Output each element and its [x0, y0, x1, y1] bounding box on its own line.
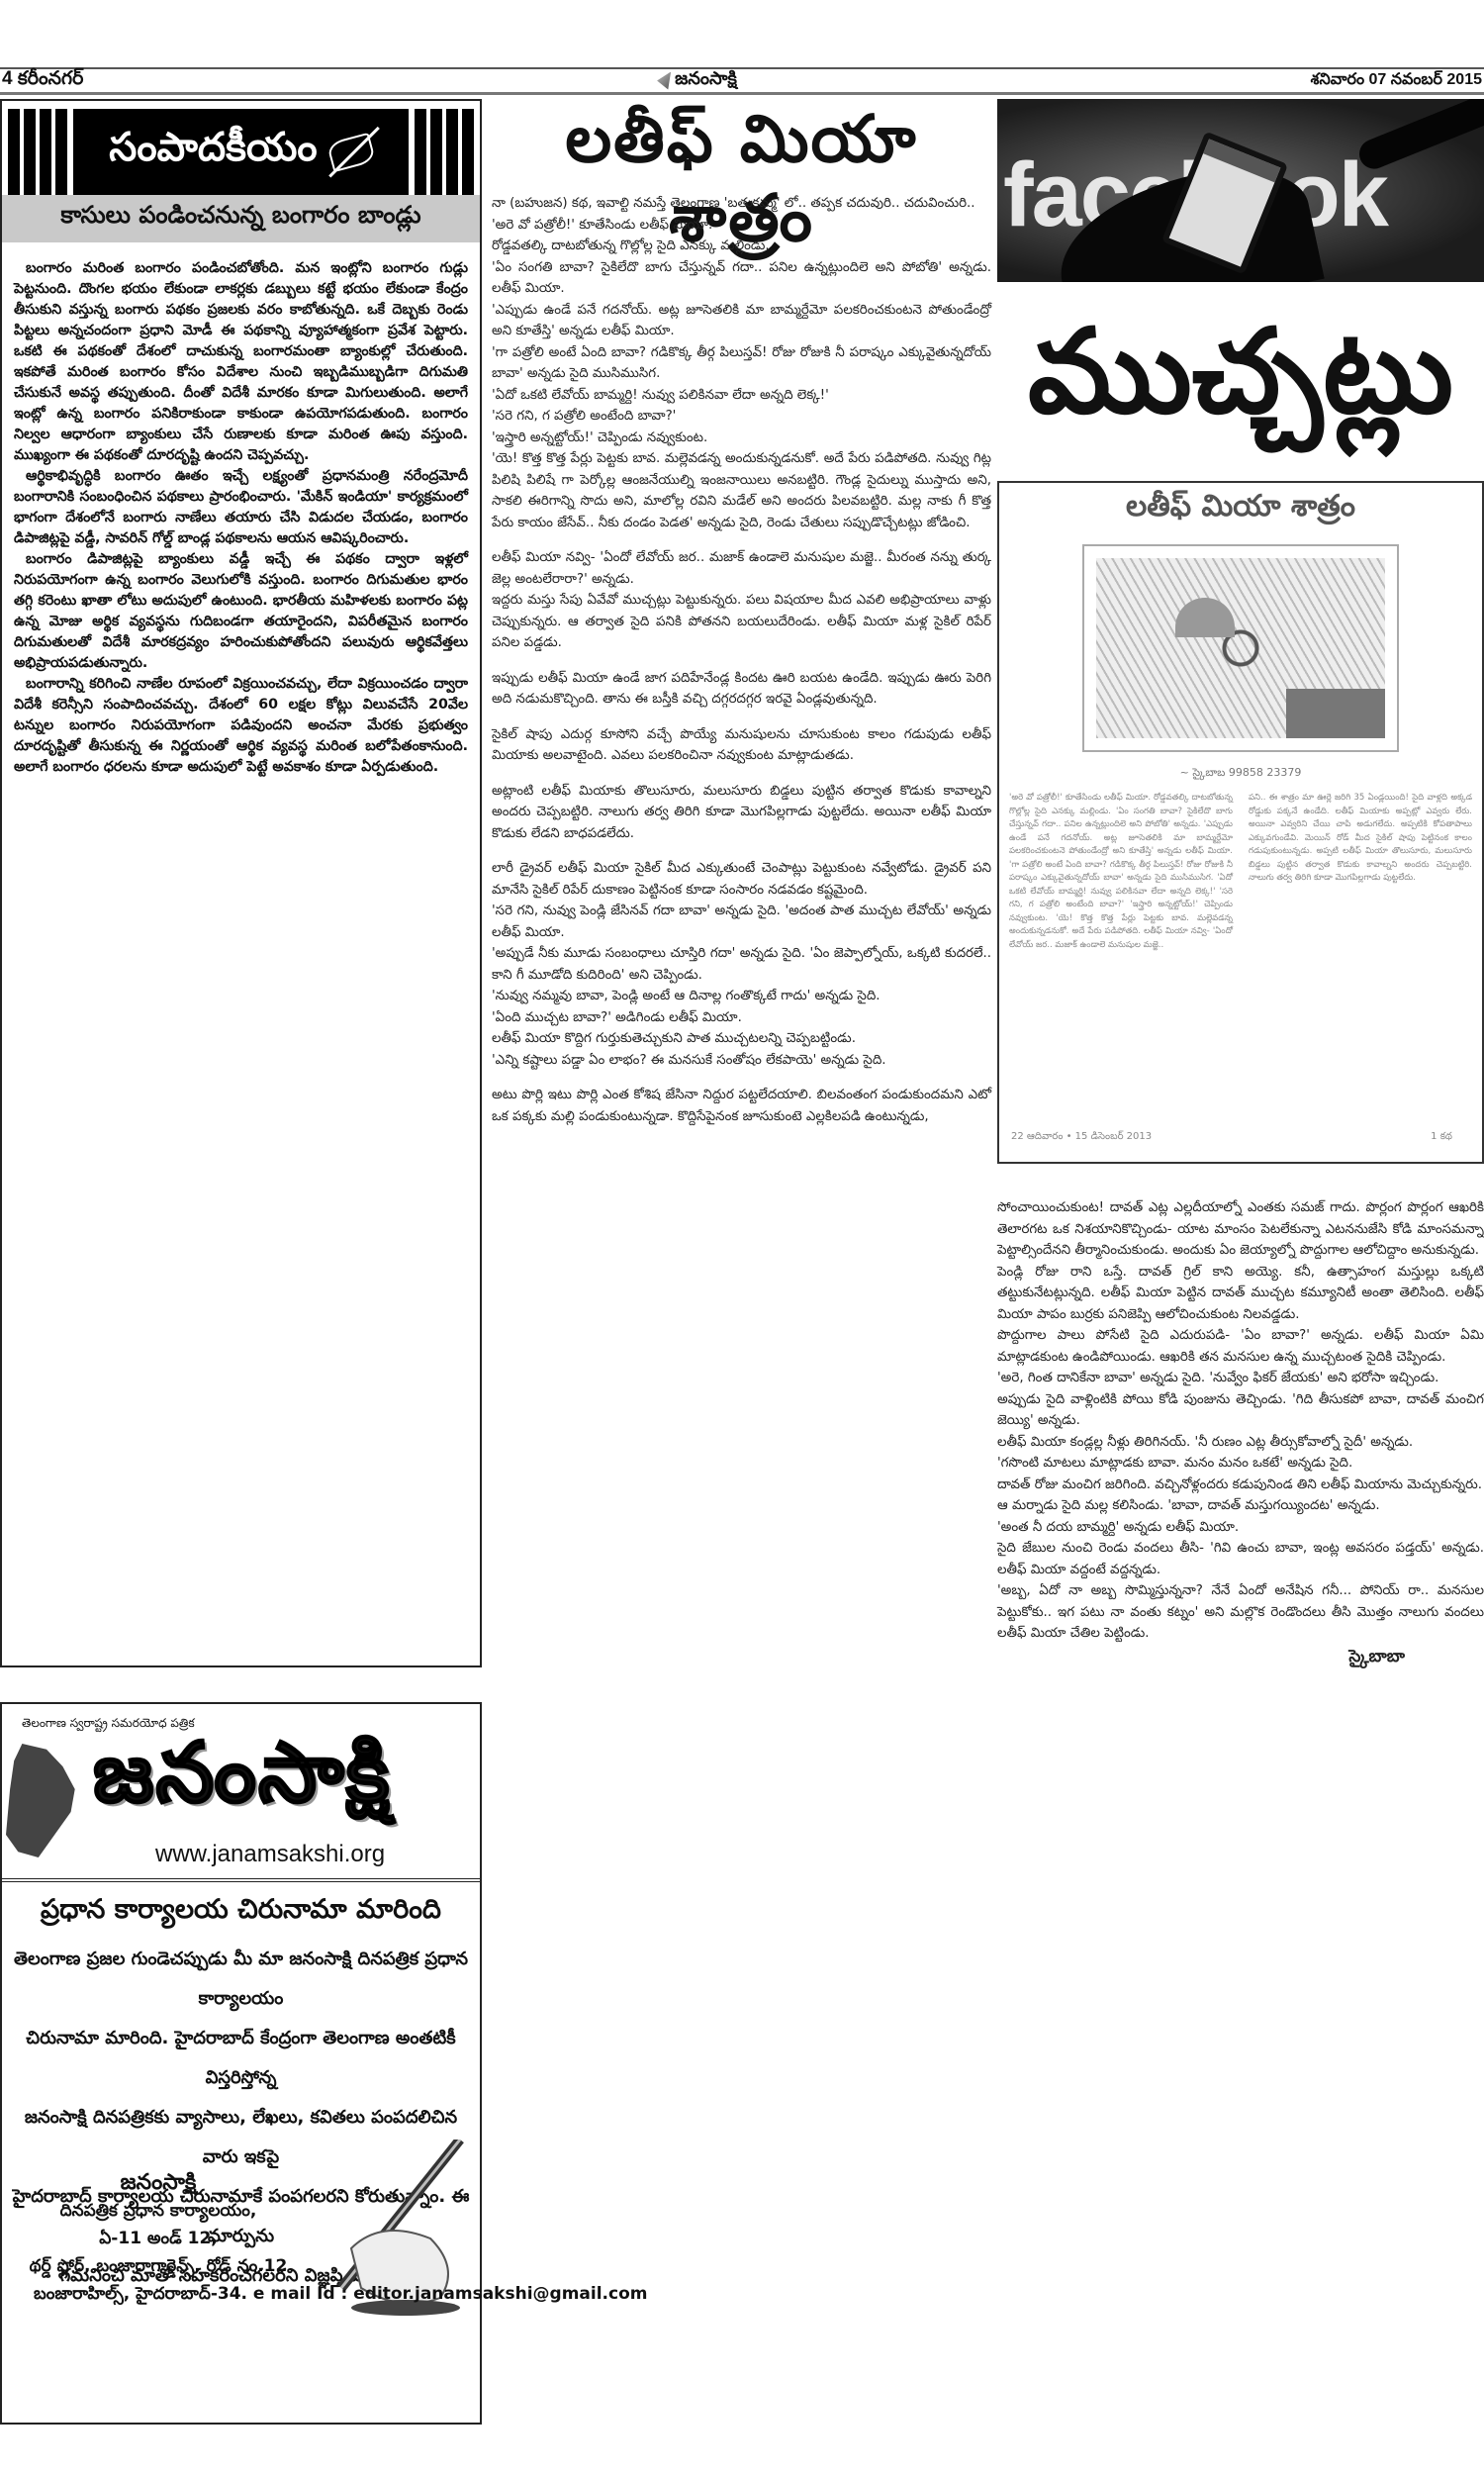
fence-icon — [1286, 689, 1385, 738]
ad-website-link[interactable]: www.janamsakshi.org — [155, 1841, 385, 1868]
editorial-paragraph: బంగారం డిపాజిట్లపై బ్యాంకులు వడ్డీ ఇచ్చే… — [14, 549, 468, 674]
story-paragraph: అప్పుడు సైది వాళ్లింటికి పోయి కోడి పుంజు… — [997, 1389, 1484, 1432]
ad-line: తెలంగాణ ప్రజల గుండెచప్పుడు మీ మా జనంసాక్… — [12, 1940, 470, 2019]
editorial-banner: సంపాదకీయం — [2, 101, 480, 195]
editorial-body: బంగారం మరింత బంగారం పండించబోతోంది. మన ఇం… — [2, 254, 480, 782]
illustration-village-scene — [1096, 558, 1385, 738]
story-paragraph: 'సరె గని, నువ్వు పెండ్లి జేసినవ్ గదా బావ… — [492, 901, 991, 943]
editorial-paragraph: బంగారం మరింత బంగారం పండించబోతోంది. మన ఇం… — [14, 258, 468, 466]
editorial-section-label: సంపాదకీయం — [109, 125, 317, 180]
clipping-illustration — [1082, 544, 1399, 752]
story-paragraph: లారీ డ్రైవర్ లతీఫ్ మియా సైకిల్ మీద ఎక్కు… — [492, 858, 991, 901]
ad-heading: ప్రధాన కార్యాలయ చిరునామా మారింది — [12, 1894, 470, 1932]
edition-name: కరీంనగర్ — [18, 68, 84, 89]
story-paragraph: 'గసొంటి మాటలు మాట్లాడకు బావా. మనం మనం ఒక… — [997, 1453, 1484, 1475]
story-paragraph: 'ఏం సంగతి బావా? సైకిలేదొ బాగు చేస్తున్నవ… — [492, 257, 991, 300]
story-paragraph: 'సరె గని, గ పత్రోలి అంటేంది బావా?' — [492, 406, 991, 428]
story-paragraph: నా (బహుజన) కథ, ఇవాల్టి నమస్తే తెలంగాణ 'బ… — [492, 193, 991, 215]
author-byline: స్కైబాబా — [997, 1647, 1484, 1668]
ad-logo-block: తెలంగాణ స్వరాష్ట్ర సమరయోధ పత్రిక జనంసాక్… — [2, 1704, 480, 1882]
story-paragraph: లతీఫ్ మియా కండ్లల్ల నీళ్లు తిరిగినయ్. 'న… — [997, 1432, 1484, 1454]
page-edition: 4 కరీంనగర్ — [2, 68, 83, 94]
story-paragraph: లతీఫ్ మియా కొద్దిగ గుర్తుకుతెచ్చుకుని పా… — [492, 1028, 991, 1050]
story-paragraph: అట్లాంటి లతీఫ్ మియాకు తొలుసూరు, మలుసూరు … — [492, 781, 991, 845]
masthead-brand: జనంసాక్షి — [657, 68, 737, 93]
ad-logo-text: జనంసాక్షి — [93, 1724, 391, 1842]
address-line: దినపత్రిక ప్రధాన కార్యాలయం, — [10, 2197, 307, 2225]
issue-date: శనివారం 07 నవంబర్ 2015 — [1311, 70, 1482, 92]
ad-line: చిరునామా మారింది. హైదరాబాద్ కేంద్రంగా తె… — [12, 2019, 470, 2098]
address-name: జనంసాక్షి — [10, 2169, 307, 2197]
left-column: సంపాదకీయం కాసులు పండించనున్న బంగారం బాండ… — [0, 99, 482, 1667]
middle-column: లతీఫ్ మియా శాత్రం నా (బహుజన) కథ, ఇవాల్టి… — [492, 99, 991, 1127]
brand-name: జనంసాక్షి — [675, 68, 737, 93]
story-paragraph: పొద్దుగాల పాలు పోసేటి సైది ఎదురుపడి- 'ఏం… — [997, 1325, 1484, 1368]
story-body: నా (బహుజన) కథ, ఇవాల్టి నమస్తే తెలంగాణ 'బ… — [492, 193, 991, 1127]
story-paragraph: 'ఏదో ఒకటి లేవోయ్ బామ్మర్ది! నువ్వు పలికి… — [492, 385, 991, 407]
story-paragraph: లతీఫ్ మియా నవ్వి- 'ఏందో లేవోయ్ జర.. మజాక… — [492, 547, 991, 590]
story-paragraph: 'ఇస్త్రారి అన్నట్టోయ్!' చెప్పిండు నవ్వుక… — [492, 428, 991, 449]
page-header: 4 కరీంనగర్ జనంసాక్షి శనివారం 07 నవంబర్ 2… — [0, 67, 1484, 95]
story-paragraph: 'గా పత్రోలి అంటే ఏంది బావా? గడికొక్క తీర… — [492, 342, 991, 385]
story-paragraph: పెండ్లి రోజు రాని ఒస్తే. దావత్ గ్రిల్ కా… — [997, 1262, 1484, 1326]
story-paragraph: 'నువ్వు నమ్మవు బావా, పెండ్లి అంటే ఆ దినా… — [492, 986, 991, 1007]
story-paragraph: ఇప్పుడు లతీఫ్ మియా ఉండే జాగ పదిహేనేండ్ల … — [492, 668, 991, 711]
story-paragraph: 'యె! కొత్త కొత్త పేర్లు పెట్టకు బావ. మల్… — [492, 448, 991, 533]
story-paragraph: 'అంత నీ దయ బామ్మర్ది' అన్నడు లతీఫ్ మియా. — [997, 1517, 1484, 1539]
page-number: 4 — [2, 68, 13, 89]
story-paragraph: రోడ్డవతల్కి దాటబోతున్న గొల్లోల్ల సైది ఎన… — [492, 236, 991, 257]
story-paragraph: 'అప్పుడే నీకు మూడు సంబంధాలు చూస్తిరి గదా… — [492, 943, 991, 986]
story-paragraph: సోంచాయించుకుంట! దావత్ ఎట్ల ఎల్లదీయాల్నో … — [997, 1197, 1484, 1262]
editorial-headline: కాసులు పండించనున్న బంగారం బాండ్లు — [2, 195, 480, 242]
story-paragraph: 'ఏంది ముచ్చట బావా?' అడిగిండు లతీఫ్ మియా. — [492, 1007, 991, 1029]
editorial-paragraph: ఆర్థికాభివృద్ధికి బంగారం ఊతం ఇచ్చే లక్ష్… — [14, 466, 468, 549]
pointing-finger-icon — [1354, 99, 1484, 173]
mosque-dome-icon — [1175, 598, 1235, 637]
story-paragraph: అటు పొర్లి ఇటు పొర్లి ఎంత కోశిష జేసినా న… — [492, 1085, 991, 1127]
address-email-line: బంజారాహిల్స్, హైదరాబాద్-34. e mail Id : … — [34, 2280, 509, 2308]
clipping-column: 'అరె వో పత్రోలీ!' కూతేసిండు లతీఫ్ మియా. … — [1009, 792, 1233, 1148]
facebook-photo: facebook — [997, 99, 1484, 282]
story-paragraph: సైకిల్ షాపు ఎదుర్గ కూసోని వచ్చే పొయ్యే మ… — [492, 724, 991, 767]
banner-bars-left — [8, 109, 67, 195]
story-paragraph: 'అబ్బ, ఏదో నా అబ్బ సొమ్మిస్తున్ననా? నేనే… — [997, 1580, 1484, 1645]
right-column: facebook ముచ్చట్లు లతీఫ్ మియా శాత్రం ~ స… — [997, 99, 1484, 1667]
janamsakshi-advertisement: తెలంగాణ స్వరాష్ట్ర సమరయోధ పత్రిక జనంసాక్… — [0, 1702, 482, 2425]
story-paragraph: ఇద్దరు మస్తు సేపు ఏవేవో ముచ్చట్లు పెట్టు… — [492, 590, 991, 654]
clipping-text: 'అరె వో పత్రోలీ!' కూతేసిండు లతీఫ్ మియా. … — [1009, 792, 1472, 1148]
clipping-title: లతీఫ్ మియా శాత్రం — [1009, 489, 1472, 530]
clipping-footer: 22 ఆదివారం • 15 డిసెంబర్ 2013 1 కథ — [1011, 1130, 1452, 1144]
editorial-paragraph: బంగారాన్ని కరిగించి నాణేల రూపంలో విక్రయి… — [14, 674, 468, 778]
newspaper-clipping: లతీఫ్ మియా శాత్రం ~ స్కైబాబ 99858 23379 … — [997, 481, 1484, 1164]
address-line: ఏ-11 అండ్ 12, — [10, 2225, 307, 2252]
story-paragraph: 'ఎన్ని కష్టాలు పడ్డా ఏం లాభం? ఈ మనసుకే స… — [492, 1050, 991, 1072]
feature-story-body: సోంచాయించుకుంట! దావత్ ఎట్ల ఎల్లదీయాల్నో … — [997, 1197, 1484, 1667]
address-line: థర్డ్ ఫ్లోర్, బంజారాగార్డెన్స్, రోడ్ నం.… — [10, 2252, 307, 2280]
story-paragraph: ఆ మర్నాడు సైది మల్ల కలిసిండు. 'బావా, దావ… — [997, 1495, 1484, 1517]
telangana-map-icon — [6, 1744, 87, 1857]
story-paragraph: 'ఎప్పుడు ఉండే పనే గదనోయ్. అట్ల జూసెతలికి… — [492, 300, 991, 342]
ad-address: జనంసాక్షి దినపత్రిక ప్రధాన కార్యాలయం, ఏ-… — [10, 2169, 307, 2308]
clipping-credit: ~ స్కైబాబ 99858 23379 — [1009, 766, 1472, 782]
story-paragraph: దావత్ రోజు మంచిగ జరిగింది. వచ్చినోళ్లందర… — [997, 1475, 1484, 1496]
story-paragraph: 'అరె, గింత దానికేనా బావా' అన్నడు సైది. '… — [997, 1368, 1484, 1389]
clipping-column: పని.. ఈ శాత్రం మా ఊర్లె జరిగి 35 ఏండ్లయి… — [1249, 792, 1472, 1148]
feature-title: ముచ్చట్లు — [997, 282, 1484, 475]
banner-bars-right — [415, 109, 474, 195]
brand-logo-icon — [657, 72, 671, 90]
editorial-article: సంపాదకీయం కాసులు పండించనున్న బంగారం బాండ… — [0, 99, 482, 1667]
story-title: లతీఫ్ మియా శాత్రం — [492, 99, 991, 193]
writing-hand-icon — [326, 132, 376, 171]
story-paragraph: సైది జేబుల నుంచి రెండు వందలు తీసి- 'గివి… — [997, 1538, 1484, 1580]
clipping-page: 1 కథ — [1431, 1130, 1452, 1144]
clipping-date: 22 ఆదివారం • 15 డిసెంబర్ 2013 — [1011, 1130, 1152, 1144]
editorial-title-box: సంపాదకీయం — [73, 109, 409, 195]
ad-notice: ప్రధాన కార్యాలయ చిరునామా మారింది తెలంగాణ… — [2, 1882, 480, 2417]
